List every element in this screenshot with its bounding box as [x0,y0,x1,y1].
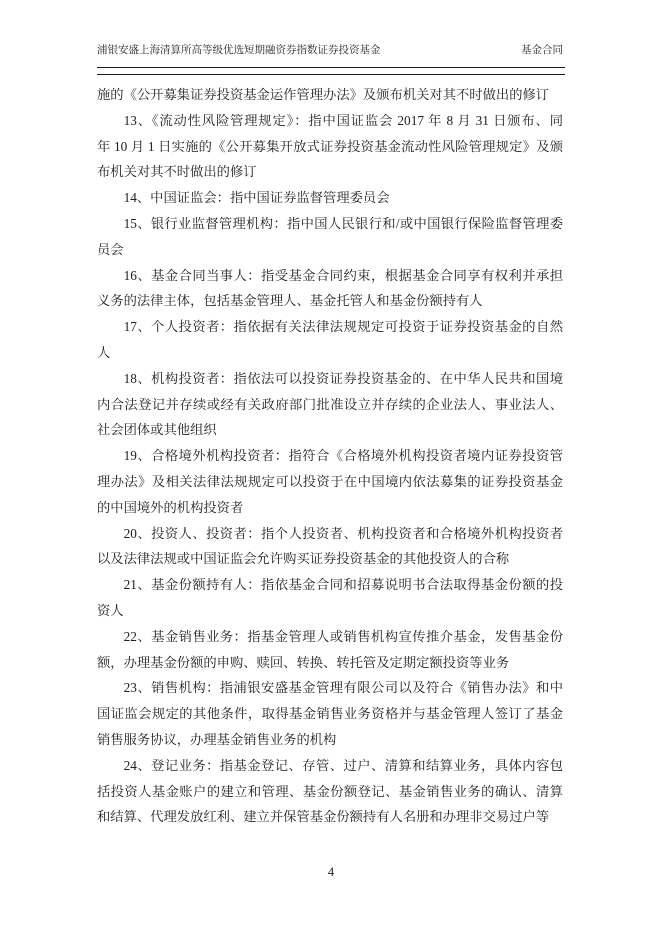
text-line: 13、《流动性风险管理规定》：指中国证监会 2017 年 8 月 31 日颁布、… [97,108,563,134]
text-line: 15、银行业监督管理机构：指中国人民银行和/或中国银行保险监督管理委 [97,211,563,237]
text-line: 国证监会规定的其他条件，取得基金销售业务资格并与基金管理人签订了基金 [97,701,563,727]
text-line: 19、合格境外机构投资者：指符合《合格境外机构投资者境内证券投资管 [97,443,563,469]
text-line: 义务的法律主体，包括基金管理人、基金托管人和基金份额持有人 [97,288,563,314]
text-line: 年 10 月 1 日实施的《公开募集开放式证券投资基金流动性风险管理规定》及颁 [97,134,563,160]
text-line: 理办法》及相关法律法规规定可以投资于在中国境内依法募集的证券投资基金 [97,469,563,495]
text-line: 24、登记业务：指基金登记、存管、过户、清算和结算业务，具体内容包 [97,753,563,779]
text-line: 施的《公开募集证券投资基金运作管理办法》及颁布机关对其不时做出的修订 [97,82,563,108]
text-line: 额，办理基金份额的申购、赎回、转换、转托管及定期定额投资等业务 [97,650,563,676]
page-footer: 4 [0,864,662,880]
header-double-rule [97,67,565,75]
text-line: 社会团体或其他组织 [97,417,563,443]
text-line: 23、销售机构：指浦银安盛基金管理有限公司以及符合《销售办法》和中 [97,675,563,701]
page-number: 4 [328,865,334,879]
text-line: 和结算、代理发放红利、建立并保管基金份额持有人名册和办理非交易过户等 [97,804,563,830]
text-line: 20、投资人、投资者：指个人投资者、机构投资者和合格境外机构投资者 [97,521,563,547]
text-line: 21、基金份额持有人：指依基金合同和招募说明书合法取得基金份额的投 [97,572,563,598]
text-line: 以及法律法规或中国证监会允许购买证券投资基金的其他投资人的合称 [97,546,563,572]
header-document-type: 基金合同 [521,44,563,58]
document-body: 施的《公开募集证券投资基金运作管理办法》及颁布机关对其不时做出的修订13、《流动… [97,82,563,830]
text-line: 22、基金销售业务：指基金管理人或销售机构宣传推介基金，发售基金份 [97,624,563,650]
text-line: 内合法登记并存续或经有关政府部门批准设立并存续的企业法人、事业法人、 [97,392,563,418]
text-line: 16、基金合同当事人：指受基金合同约束，根据基金合同享有权利并承担 [97,263,563,289]
text-line: 的中国境外的机构投资者 [97,495,563,521]
text-line: 14、中国证监会：指中国证券监督管理委员会 [97,185,563,211]
text-line: 17、个人投资者：指依据有关法律法规规定可投资于证券投资基金的自然 [97,314,563,340]
text-line: 人 [97,340,563,366]
header-fund-name: 浦银安盛上海清算所高等级优选短期融资券指数证券投资基金 [97,44,381,58]
text-line: 括投资人基金账户的建立和管理、基金份额登记、基金销售业务的确认、清算 [97,779,563,805]
text-line: 18、机构投资者：指依法可以投资证券投资基金的、在中华人民共和国境 [97,366,563,392]
text-line: 销售服务协议，办理基金销售业务的机构 [97,727,563,753]
document-page: 浦银安盛上海清算所高等级优选短期融资券指数证券投资基金 基金合同 施的《公开募集… [0,0,662,936]
text-line: 布机关对其不时做出的修订 [97,159,563,185]
page-header: 浦银安盛上海清算所高等级优选短期融资券指数证券投资基金 基金合同 [97,44,563,58]
text-line: 资人 [97,598,563,624]
text-line: 员会 [97,237,563,263]
